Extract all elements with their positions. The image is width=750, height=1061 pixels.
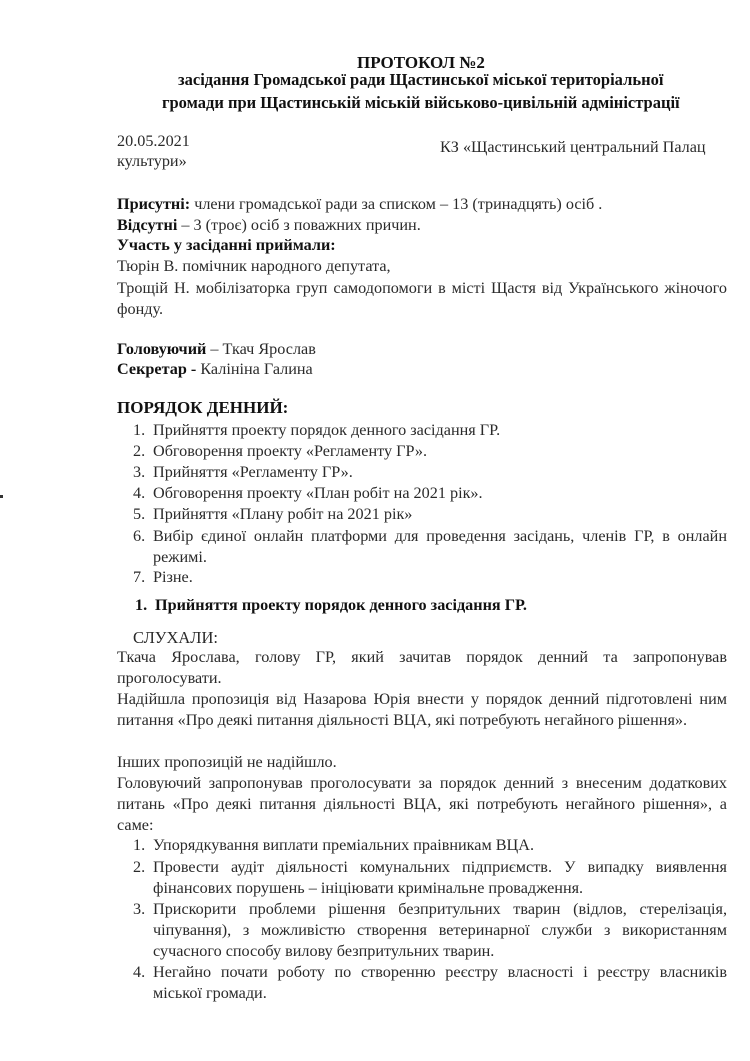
document-subtitle-line-1: засідання Громадської ради Щастинської м… [178, 70, 663, 90]
agenda-item: 4.Обговорення проекту «План робіт на 202… [133, 484, 483, 503]
agenda-item: 2.Обговорення проекту «Регламенту ГР». [133, 442, 427, 461]
heard-paragraph-1: Ткача Ярослава, голову ГР, який зачитав … [117, 647, 727, 689]
secretary-line: Секретар - Калініна Галина [117, 360, 313, 379]
absent-line: Відсутні – 3 (троє) осіб з поважних прич… [117, 216, 421, 235]
scan-speck [0, 495, 3, 498]
section-1-heading: 1.Прийняття проекту порядок денного засі… [135, 596, 527, 615]
chair-line: Головуючий – Ткач Ярослав [117, 340, 316, 359]
heard-paragraph-3: Інших пропозицій не надійшло. [117, 752, 727, 773]
participant-1: Тюрін В. помічник народного депутата, [117, 257, 391, 276]
proposal-item: 4.Негайно почати роботу по створенню реє… [133, 962, 727, 1004]
agenda-item: 6.Вибір єдиної онлайн платформи для пров… [133, 526, 727, 568]
absent-text: – 3 (троє) осіб з поважних причин. [177, 216, 420, 234]
secretary-label: Секретар - [117, 360, 196, 378]
agenda-item: 7.Різне. [133, 568, 193, 587]
chair-text: – Ткач Ярослав [206, 340, 316, 358]
present-label: Присутні: [117, 195, 190, 213]
agenda-heading: ПОРЯДОК ДЕННИЙ: [117, 398, 288, 418]
chair-label: Головуючий [117, 340, 206, 358]
proposal-item: 1.Упорядкування виплати преміальних праі… [133, 836, 534, 855]
heard-paragraph-4: Головуючий запропонував проголосувати за… [117, 773, 727, 836]
proposal-item: 2.Провести аудіт діяльності комунальних … [133, 857, 727, 899]
agenda-item: 3.Прийняття «Регламенту ГР». [133, 463, 353, 482]
participant-2: Трощій Н. мобілізаторка груп самодопомог… [117, 278, 727, 320]
meeting-place: КЗ «Щастинський центральний Палац [440, 138, 706, 157]
present-line: Присутні: члени громадської ради за спис… [117, 195, 602, 214]
proposal-item: 3.Прискорити проблеми рішення безпритуль… [133, 899, 727, 962]
agenda-item: 1.Прийняття проекту порядок денного засі… [133, 421, 500, 440]
heard-label: СЛУХАЛИ: [133, 628, 218, 648]
participants-label: Участь у засіданні приймали: [117, 236, 336, 255]
absent-label: Відсутні [117, 216, 177, 234]
meeting-place-continuation: культури» [117, 152, 187, 171]
agenda-item: 5.Прийняття «Плану робіт на 2021 рік» [133, 505, 412, 524]
heard-paragraph-2: Надійшла пропозиція від Назарова Юрія вн… [117, 689, 727, 731]
meeting-date: 20.05.2021 [117, 132, 190, 151]
present-text: члени громадської ради за списком – 13 (… [190, 195, 602, 213]
document-subtitle-line-2: громади при Щастинській міській військов… [162, 93, 680, 113]
secretary-text: Калініна Галина [196, 360, 312, 378]
